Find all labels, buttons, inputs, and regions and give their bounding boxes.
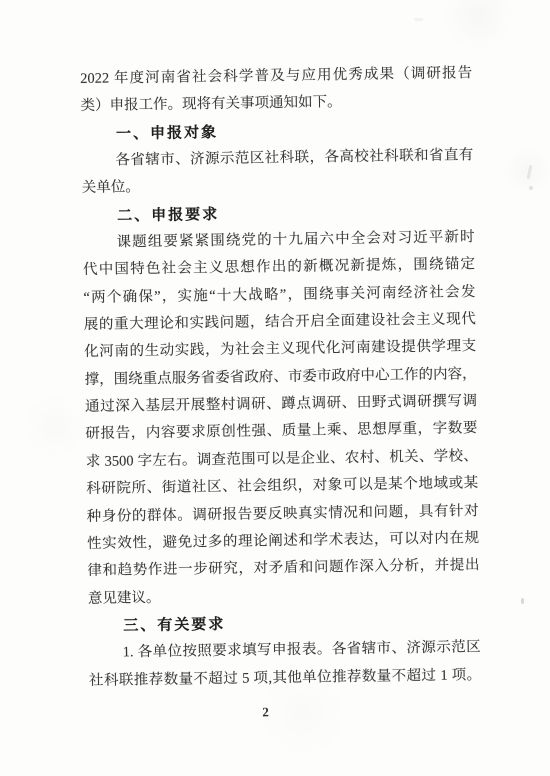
text-line: 社科联推荐数量不超过 5 项,其他单位推荐数量不超过 1 项。	[89, 662, 481, 695]
scan-artifact	[527, 165, 533, 179]
scan-artifact	[414, 18, 423, 21]
document-page: 2022 年度河南省社会科学普及与应用优秀成果（调研报告类）申报工作。现将有关事…	[0, 0, 550, 776]
scan-artifact	[521, 598, 524, 604]
text-block: 2022 年度河南省社会科学普及与应用优秀成果（调研报告类）申报工作。现将有关事…	[80, 60, 482, 725]
page-number: 2	[69, 699, 461, 725]
text-line: 律和趋势作进一步研究，对矛盾和问题作深入分析，并提出	[87, 552, 479, 585]
scan-artifact	[529, 186, 533, 190]
